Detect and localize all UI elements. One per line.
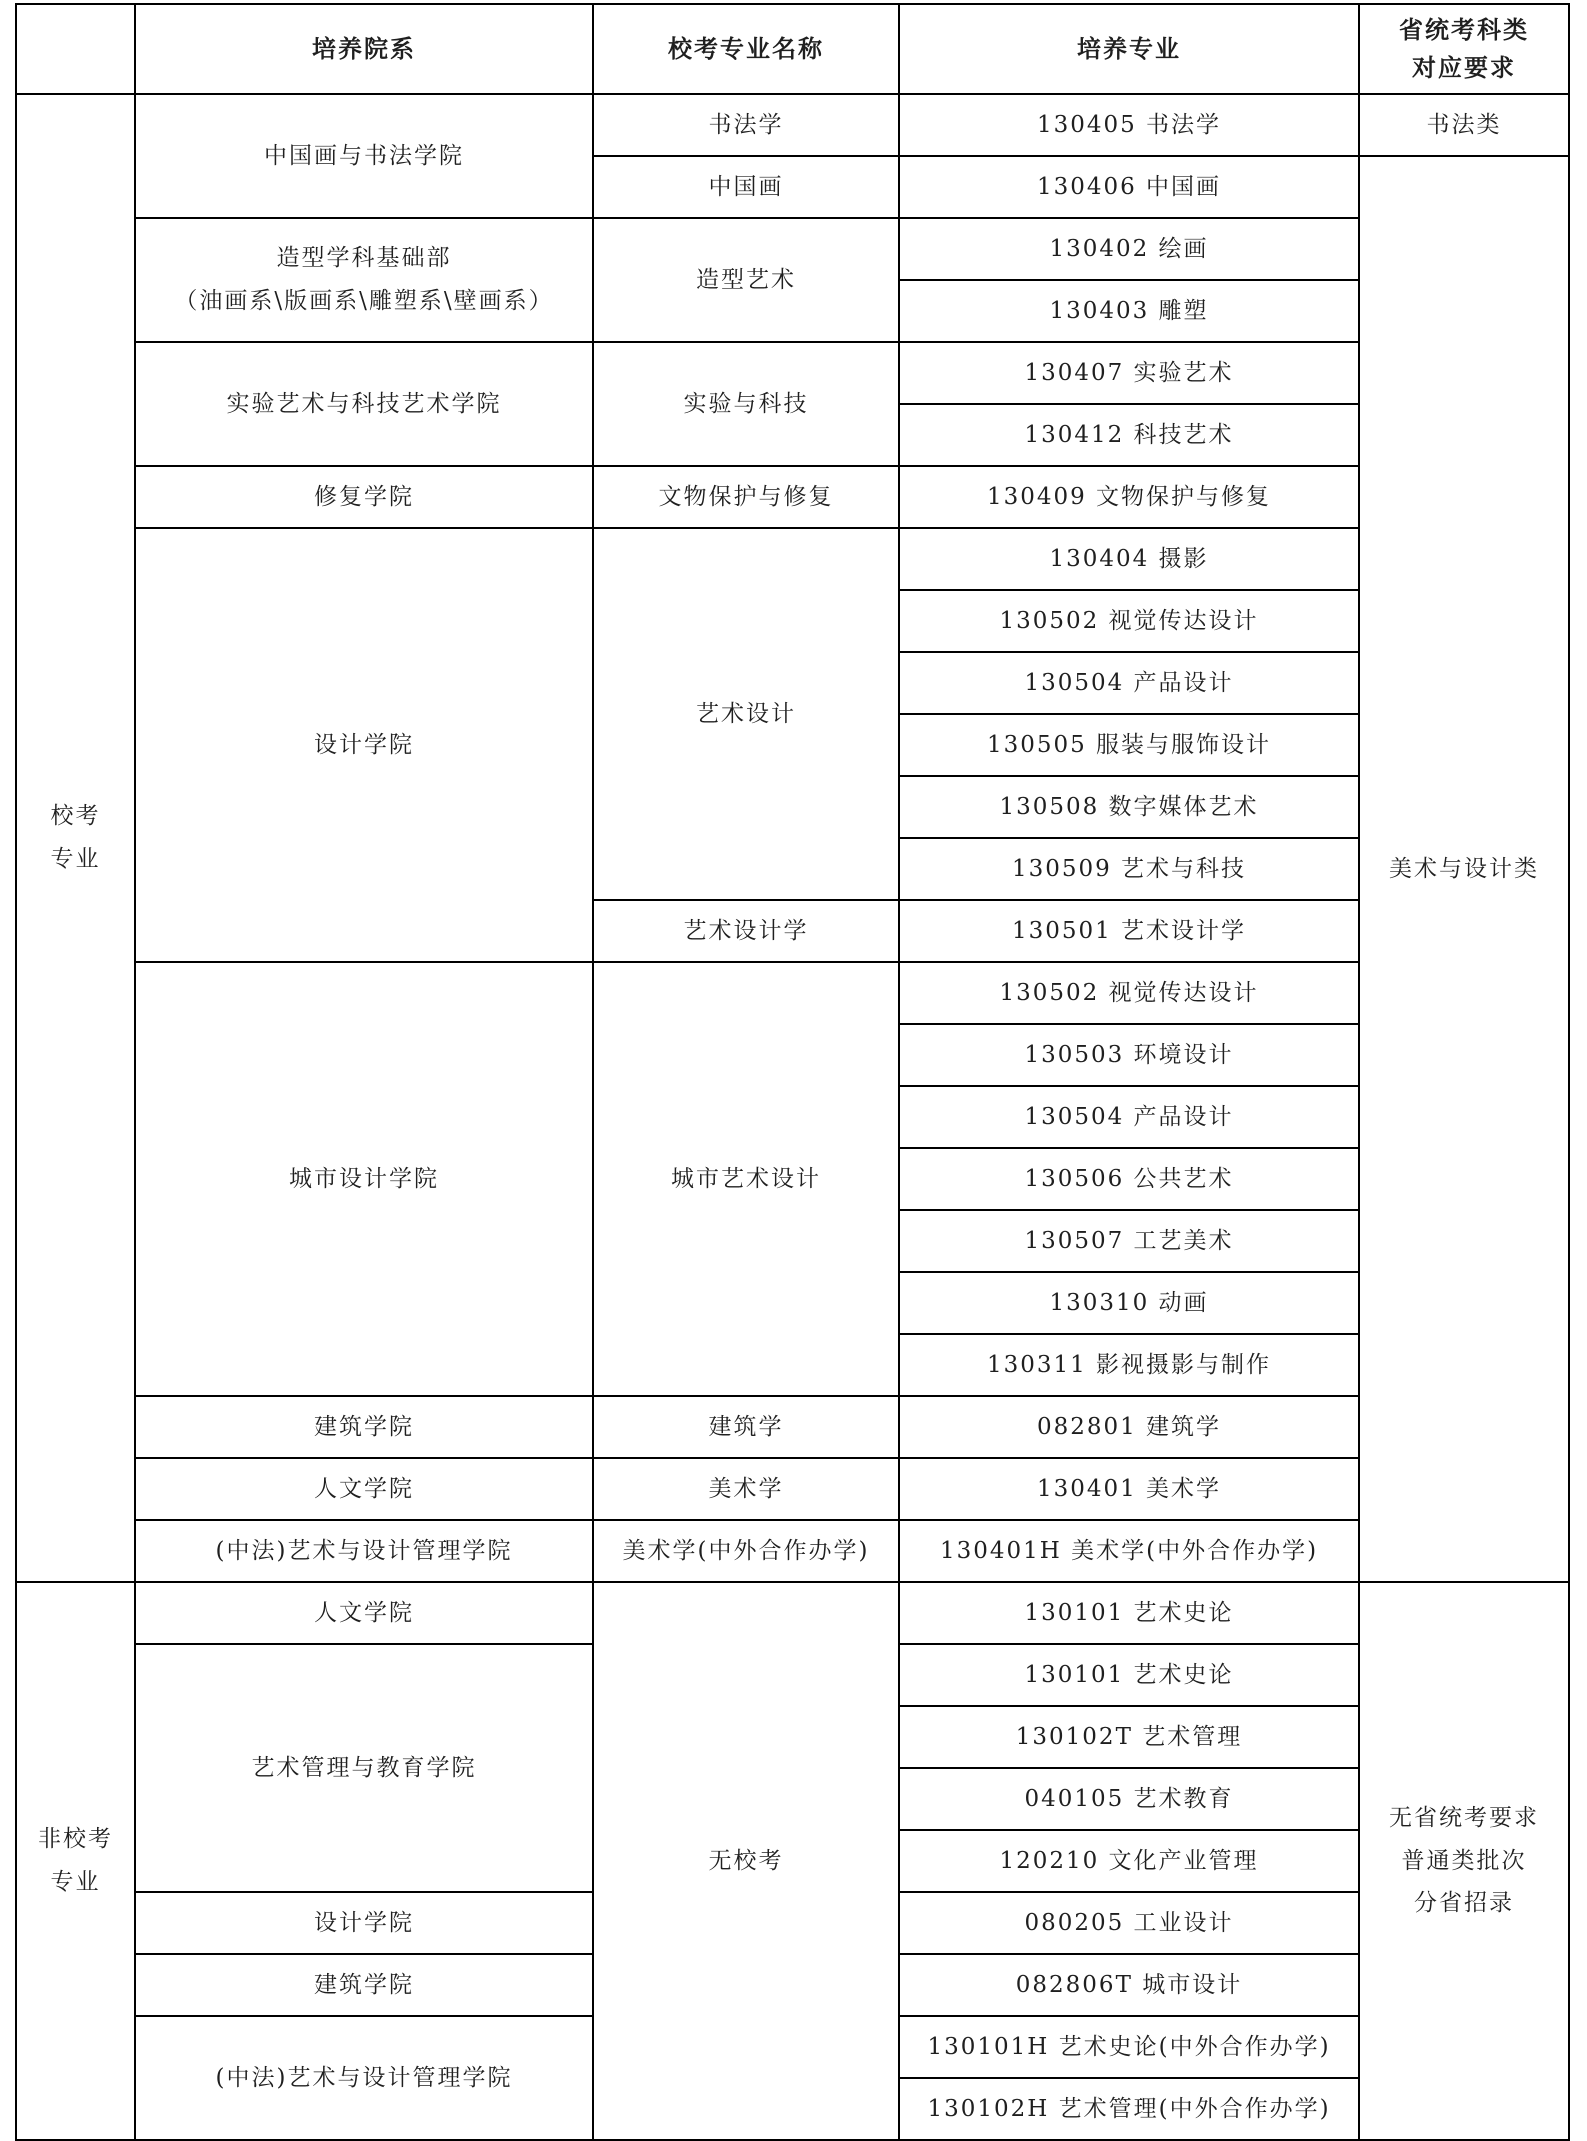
department-cell: 设计学院: [135, 1892, 593, 1954]
training-major-cell: 120210 文化产业管理: [899, 1830, 1359, 1892]
training-major-cell: 130505 服装与服饰设计: [899, 714, 1359, 776]
column-header-section-group: [16, 4, 135, 94]
exam-major-cell: 造型艺术: [593, 218, 899, 342]
table-row: 建筑学院建筑学082801 建筑学: [16, 1396, 1569, 1458]
training-major-cell: 130501 艺术设计学: [899, 900, 1359, 962]
admission-majors-table: 培养院系校考专业名称培养专业省统考科类 对应要求 校考 专业中国画与书法学院书法…: [15, 3, 1570, 2141]
page: 培养院系校考专业名称培养专业省统考科类 对应要求 校考 专业中国画与书法学院书法…: [0, 0, 1587, 2141]
training-major-cell: 082806T 城市设计: [899, 1954, 1359, 2016]
training-major-cell: 130412 科技艺术: [899, 404, 1359, 466]
training-major-cell: 130401 美术学: [899, 1458, 1359, 1520]
exam-major-cell: 无校考: [593, 1582, 899, 2140]
training-major-cell: 130102H 艺术管理(中外合作办学): [899, 2078, 1359, 2140]
column-header-training-major: 培养专业: [899, 4, 1359, 94]
table-body: 校考 专业中国画与书法学院书法学130405 书法学书法类中国画130406 中…: [16, 94, 1569, 2140]
training-major-cell: 130407 实验艺术: [899, 342, 1359, 404]
exam-major-cell: 城市艺术设计: [593, 962, 899, 1396]
table-header: 培养院系校考专业名称培养专业省统考科类 对应要求: [16, 4, 1569, 94]
training-major-cell: 130508 数字媒体艺术: [899, 776, 1359, 838]
training-major-cell: 130310 动画: [899, 1272, 1359, 1334]
training-major-cell: 130504 产品设计: [899, 652, 1359, 714]
exam-major-cell: 实验与科技: [593, 342, 899, 466]
training-major-cell: 130101 艺术史论: [899, 1644, 1359, 1706]
table-row: 造型学科基础部 （油画系\版画系\雕塑系\壁画系）造型艺术130402 绘画: [16, 218, 1569, 280]
province-requirement-cell: 无省统考要求 普通类批次 分省招录: [1359, 1582, 1569, 2140]
training-major-cell: 130406 中国画: [899, 156, 1359, 218]
department-cell: 建筑学院: [135, 1954, 593, 2016]
training-major-cell: 130509 艺术与科技: [899, 838, 1359, 900]
training-major-cell: 130507 工艺美术: [899, 1210, 1359, 1272]
training-major-cell: 130403 雕塑: [899, 280, 1359, 342]
department-cell: 设计学院: [135, 528, 593, 962]
department-cell: (中法)艺术与设计管理学院: [135, 2016, 593, 2140]
department-cell: 实验艺术与科技艺术学院: [135, 342, 593, 466]
exam-major-cell: 美术学: [593, 1458, 899, 1520]
exam-major-cell: 美术学(中外合作办学): [593, 1520, 899, 1582]
table-row: 校考 专业中国画与书法学院书法学130405 书法学书法类: [16, 94, 1569, 156]
training-major-cell: 080205 工业设计: [899, 1892, 1359, 1954]
exam-major-cell: 建筑学: [593, 1396, 899, 1458]
department-cell: 城市设计学院: [135, 962, 593, 1396]
section-group-non-exam: 非校考 专业: [16, 1582, 135, 2140]
column-header-province-requirement: 省统考科类 对应要求: [1359, 4, 1569, 94]
column-header-department: 培养院系: [135, 4, 593, 94]
training-major-cell: 082801 建筑学: [899, 1396, 1359, 1458]
training-major-cell: 130101H 艺术史论(中外合作办学): [899, 2016, 1359, 2078]
department-cell: 中国画与书法学院: [135, 94, 593, 218]
table-row: 修复学院文物保护与修复130409 文物保护与修复: [16, 466, 1569, 528]
table-row: 人文学院美术学130401 美术学: [16, 1458, 1569, 1520]
province-requirement-cell: 书法类: [1359, 94, 1569, 156]
table-row: 实验艺术与科技艺术学院实验与科技130407 实验艺术: [16, 342, 1569, 404]
department-cell: 艺术管理与教育学院: [135, 1644, 593, 1892]
training-major-cell: 130404 摄影: [899, 528, 1359, 590]
training-major-cell: 130311 影视摄影与制作: [899, 1334, 1359, 1396]
table-row: 非校考 专业人文学院无校考130101 艺术史论无省统考要求 普通类批次 分省招…: [16, 1582, 1569, 1644]
training-major-cell: 130101 艺术史论: [899, 1582, 1359, 1644]
department-cell: 人文学院: [135, 1582, 593, 1644]
column-header-exam-major: 校考专业名称: [593, 4, 899, 94]
training-major-cell: 130502 视觉传达设计: [899, 590, 1359, 652]
training-major-cell: 130402 绘画: [899, 218, 1359, 280]
exam-major-cell: 书法学: [593, 94, 899, 156]
department-cell: 造型学科基础部 （油画系\版画系\雕塑系\壁画系）: [135, 218, 593, 342]
training-major-cell: 130503 环境设计: [899, 1024, 1359, 1086]
department-cell: 建筑学院: [135, 1396, 593, 1458]
table-row: (中法)艺术与设计管理学院美术学(中外合作办学)130401H 美术学(中外合作…: [16, 1520, 1569, 1582]
training-major-cell: 130102T 艺术管理: [899, 1706, 1359, 1768]
department-cell: 修复学院: [135, 466, 593, 528]
table-row: 设计学院艺术设计130404 摄影: [16, 528, 1569, 590]
training-major-cell: 040105 艺术教育: [899, 1768, 1359, 1830]
department-cell: (中法)艺术与设计管理学院: [135, 1520, 593, 1582]
exam-major-cell: 艺术设计学: [593, 900, 899, 962]
training-major-cell: 130502 视觉传达设计: [899, 962, 1359, 1024]
training-major-cell: 130401H 美术学(中外合作办学): [899, 1520, 1359, 1582]
exam-major-cell: 文物保护与修复: [593, 466, 899, 528]
training-major-cell: 130504 产品设计: [899, 1086, 1359, 1148]
province-requirement-cell: 美术与设计类: [1359, 156, 1569, 1582]
training-major-cell: 130409 文物保护与修复: [899, 466, 1359, 528]
training-major-cell: 130506 公共艺术: [899, 1148, 1359, 1210]
exam-major-cell: 艺术设计: [593, 528, 899, 900]
exam-major-cell: 中国画: [593, 156, 899, 218]
department-cell: 人文学院: [135, 1458, 593, 1520]
header-row: 培养院系校考专业名称培养专业省统考科类 对应要求: [16, 4, 1569, 94]
training-major-cell: 130405 书法学: [899, 94, 1359, 156]
section-group-exam: 校考 专业: [16, 94, 135, 1582]
table-row: 城市设计学院城市艺术设计130502 视觉传达设计: [16, 962, 1569, 1024]
